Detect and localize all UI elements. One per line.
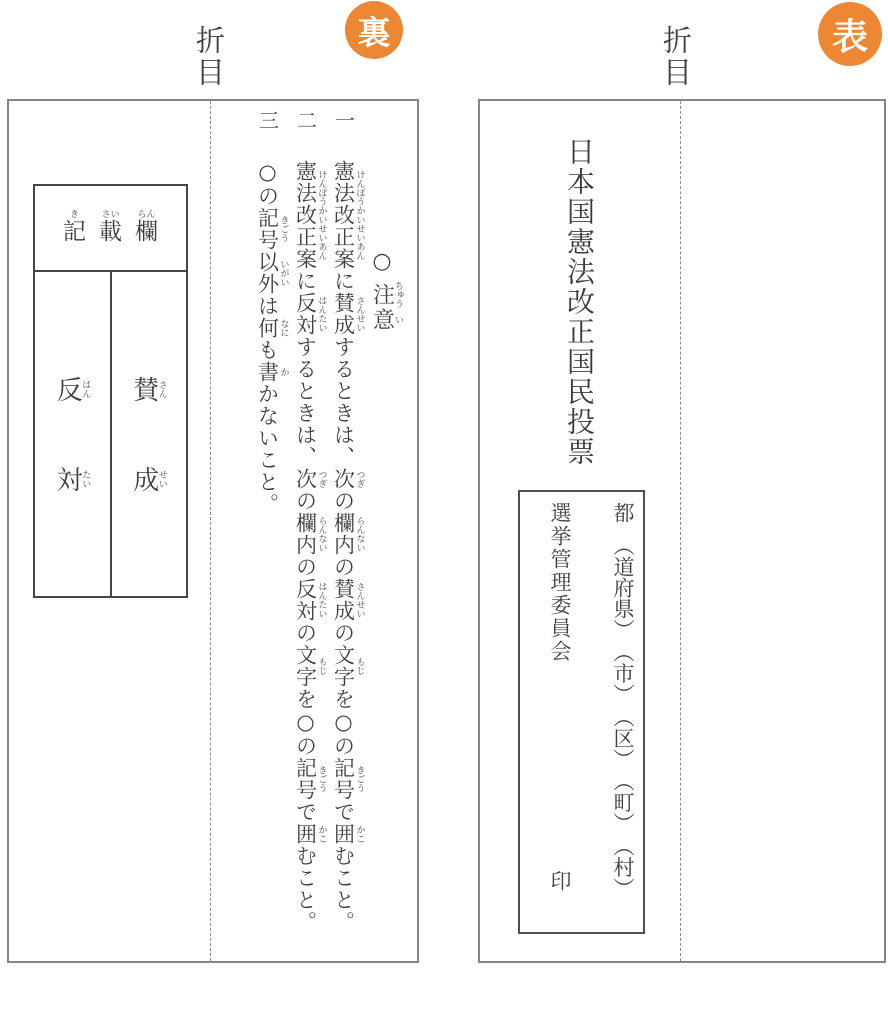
notice-item-3: 三○の記号きごう以外いがいは何なにも書かかないこと。: [257, 110, 289, 952]
fold-label-back: 折目: [194, 25, 223, 89]
front-side-badge: 表: [818, 2, 882, 66]
fold-dashed-line-back: [210, 101, 211, 961]
jurisdiction-column: 都（道府県）（市）（区）（町）（村）: [599, 502, 633, 926]
notice-item-1-text: 憲法改正案けんぽうかいせいあんに賛成さんせいするときは、次つぎの欄内らんないの賛…: [332, 160, 356, 933]
back-side-badge: 裏: [345, 1, 403, 59]
committee-label: 選挙管理委員会: [548, 502, 572, 663]
notice-item-1: 一憲法改正案けんぽうかいせいあんに賛成さんせいするときは、次つぎの欄内らんないの…: [333, 110, 365, 952]
fold-dashed-line-front: [680, 101, 681, 961]
entry-column-body: 反はん対たい 賛さん成せい: [35, 272, 186, 596]
seal-label: 印: [548, 870, 572, 891]
notice-item-2-number: 二: [294, 110, 318, 130]
ballot-title: 日本国憲法改正国民投票: [565, 137, 593, 467]
ballot-back-panel: ○注ちゅう意い 一憲法改正案けんぽうかいせいあんに賛成さんせいするときは、次つぎ…: [7, 99, 419, 963]
notice-item-1-number: 一: [332, 110, 356, 130]
entry-column-heading: 記き載さい欄らん: [35, 186, 186, 272]
approve-label: 賛さん成せい: [131, 376, 167, 492]
notice-item-2: 二憲法改正案けんぽうかいせいあんに反対はんたいするときは、次つぎの欄内らんないの…: [295, 110, 327, 952]
notice-item-3-number: 三: [256, 110, 280, 130]
notice-block: ○注ちゅう意い 一憲法改正案けんぽうかいせいあんに賛成さんせいするときは、次つぎ…: [251, 110, 410, 952]
oppose-label: 反はん対たい: [54, 376, 90, 492]
notice-item-2-text: 憲法改正案けんぽうかいせいあんに反対はんたいするときは、次つぎの欄内らんないの反…: [294, 160, 318, 933]
committee-column: 選挙管理委員会印: [536, 502, 570, 904]
oppose-cell: 反はん対たい: [35, 272, 110, 596]
committee-box: 都（道府県）（市）（区）（町）（村） 選挙管理委員会印: [518, 490, 645, 934]
entry-column-box: 記き載さい欄らん 反はん対たい 賛さん成せい: [33, 184, 188, 598]
notice-item-3-text: ○の記号きごう以外いがいは何なにも書かかないこと。: [256, 160, 280, 515]
ballot-sheet: 裏 表 折目 折目 ○注ちゅう意い 一憲法改正案けんぽうかいせいあんに賛成さんせ…: [0, 0, 888, 1024]
ballot-front-panel: 日本国憲法改正国民投票 都（道府県）（市）（区）（町）（村） 選挙管理委員会印: [478, 99, 886, 963]
approve-cell: 賛さん成せい: [110, 272, 187, 596]
notice-heading: ○注ちゅう意い: [371, 110, 404, 952]
fold-label-front: 折目: [661, 25, 690, 89]
